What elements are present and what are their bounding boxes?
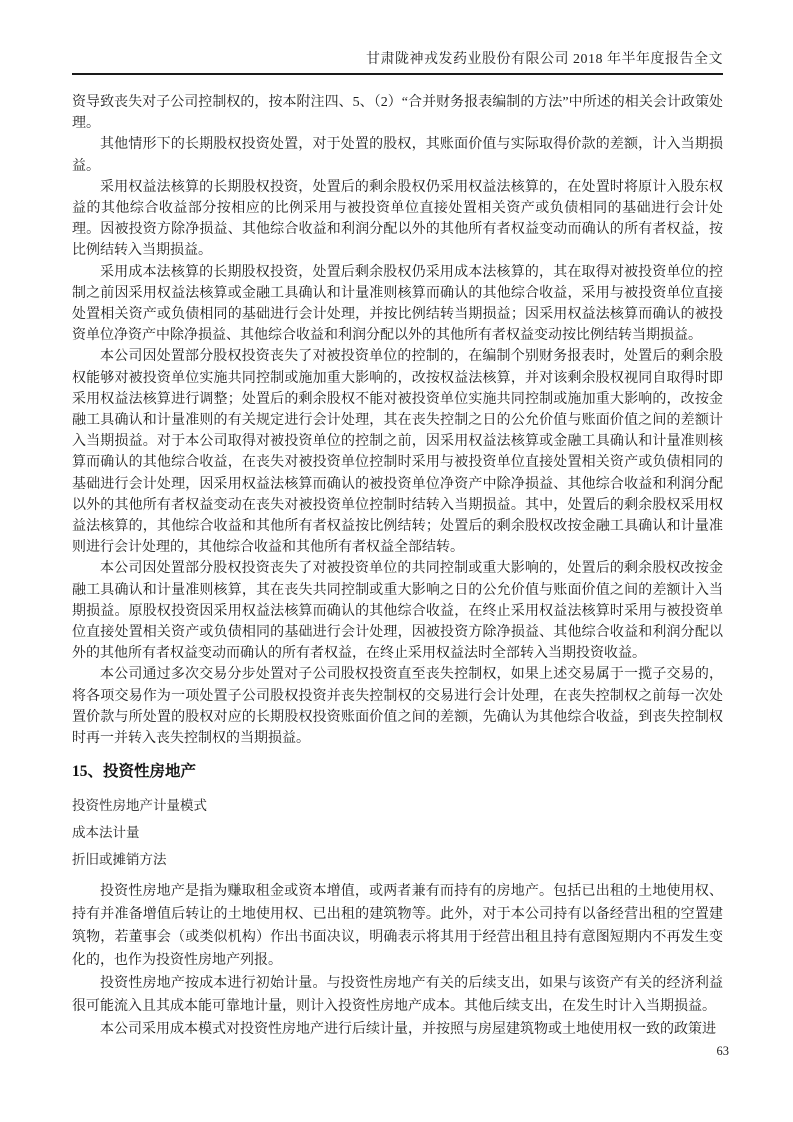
- section-heading-investment-property: 15、投资性房地产: [72, 761, 723, 783]
- document-body: 资导致丧失对子公司控制权的，按本附注四、5、（2）“合并财务报表编制的方法”中所…: [72, 92, 723, 1041]
- paragraph: 本公司采用成本模式对投资性房地产进行后续计量，并按照与房屋建筑物或土地使用权一致…: [72, 1018, 723, 1041]
- meta-line-measurement-model: 投资性房地产计量模式: [72, 792, 723, 819]
- paragraph-continuation: 资导致丧失对子公司控制权的，按本附注四、5、（2）“合并财务报表编制的方法”中所…: [72, 92, 723, 134]
- paragraph: 投资性房地产是指为赚取租金或资本增值，或两者兼有而持有的房地产。包括已出租的土地…: [72, 880, 723, 972]
- paragraph: 本公司因处置部分股权投资丧失了对被投资单位的共同控制或重大影响的，处置后的剩余股…: [72, 558, 723, 664]
- page-number: 63: [717, 1044, 730, 1059]
- paragraph: 采用成本法核算的长期股权投资，处置后剩余股权仍采用成本法核算的，其在取得对被投资…: [72, 262, 723, 347]
- paragraph: 本公司因处置部分股权投资丧失了对被投资单位的控制的，在编制个别财务报表时，处置后…: [72, 346, 723, 558]
- section-paragraphs: 投资性房地产是指为赚取租金或资本增值，或两者兼有而持有的房地产。包括已出租的土地…: [72, 880, 723, 1041]
- paragraph: 其他情形下的长期股权投资处置，对于处置的股权，其账面价值与实际取得价款的差额，计…: [72, 134, 723, 176]
- meta-line-cost-method: 成本法计量: [72, 819, 723, 846]
- header-title: 甘肃陇神戎发药业股份有限公司 2018 年半年度报告全文: [366, 52, 723, 67]
- meta-line-depreciation-method: 折旧或摊销方法: [72, 846, 723, 873]
- paragraph: 采用权益法核算的长期股权投资，处置后的剩余股权仍采用权益法核算的，在处置时将原计…: [72, 177, 723, 262]
- paragraph: 投资性房地产按成本进行初始计量。与投资性房地产有关的后续支出，如果与该资产有关的…: [72, 972, 723, 1018]
- section-meta-lines: 投资性房地产计量模式 成本法计量 折旧或摊销方法: [72, 792, 723, 873]
- page-header: 甘肃陇神戎发药业股份有限公司 2018 年半年度报告全文: [72, 50, 723, 75]
- report-page: 甘肃陇神戎发药业股份有限公司 2018 年半年度报告全文 资导致丧失对子公司控制…: [0, 0, 793, 1122]
- paragraph: 本公司通过多次交易分步处置对子公司股权投资直至丧失控制权，如果上述交易属于一揽子…: [72, 664, 723, 749]
